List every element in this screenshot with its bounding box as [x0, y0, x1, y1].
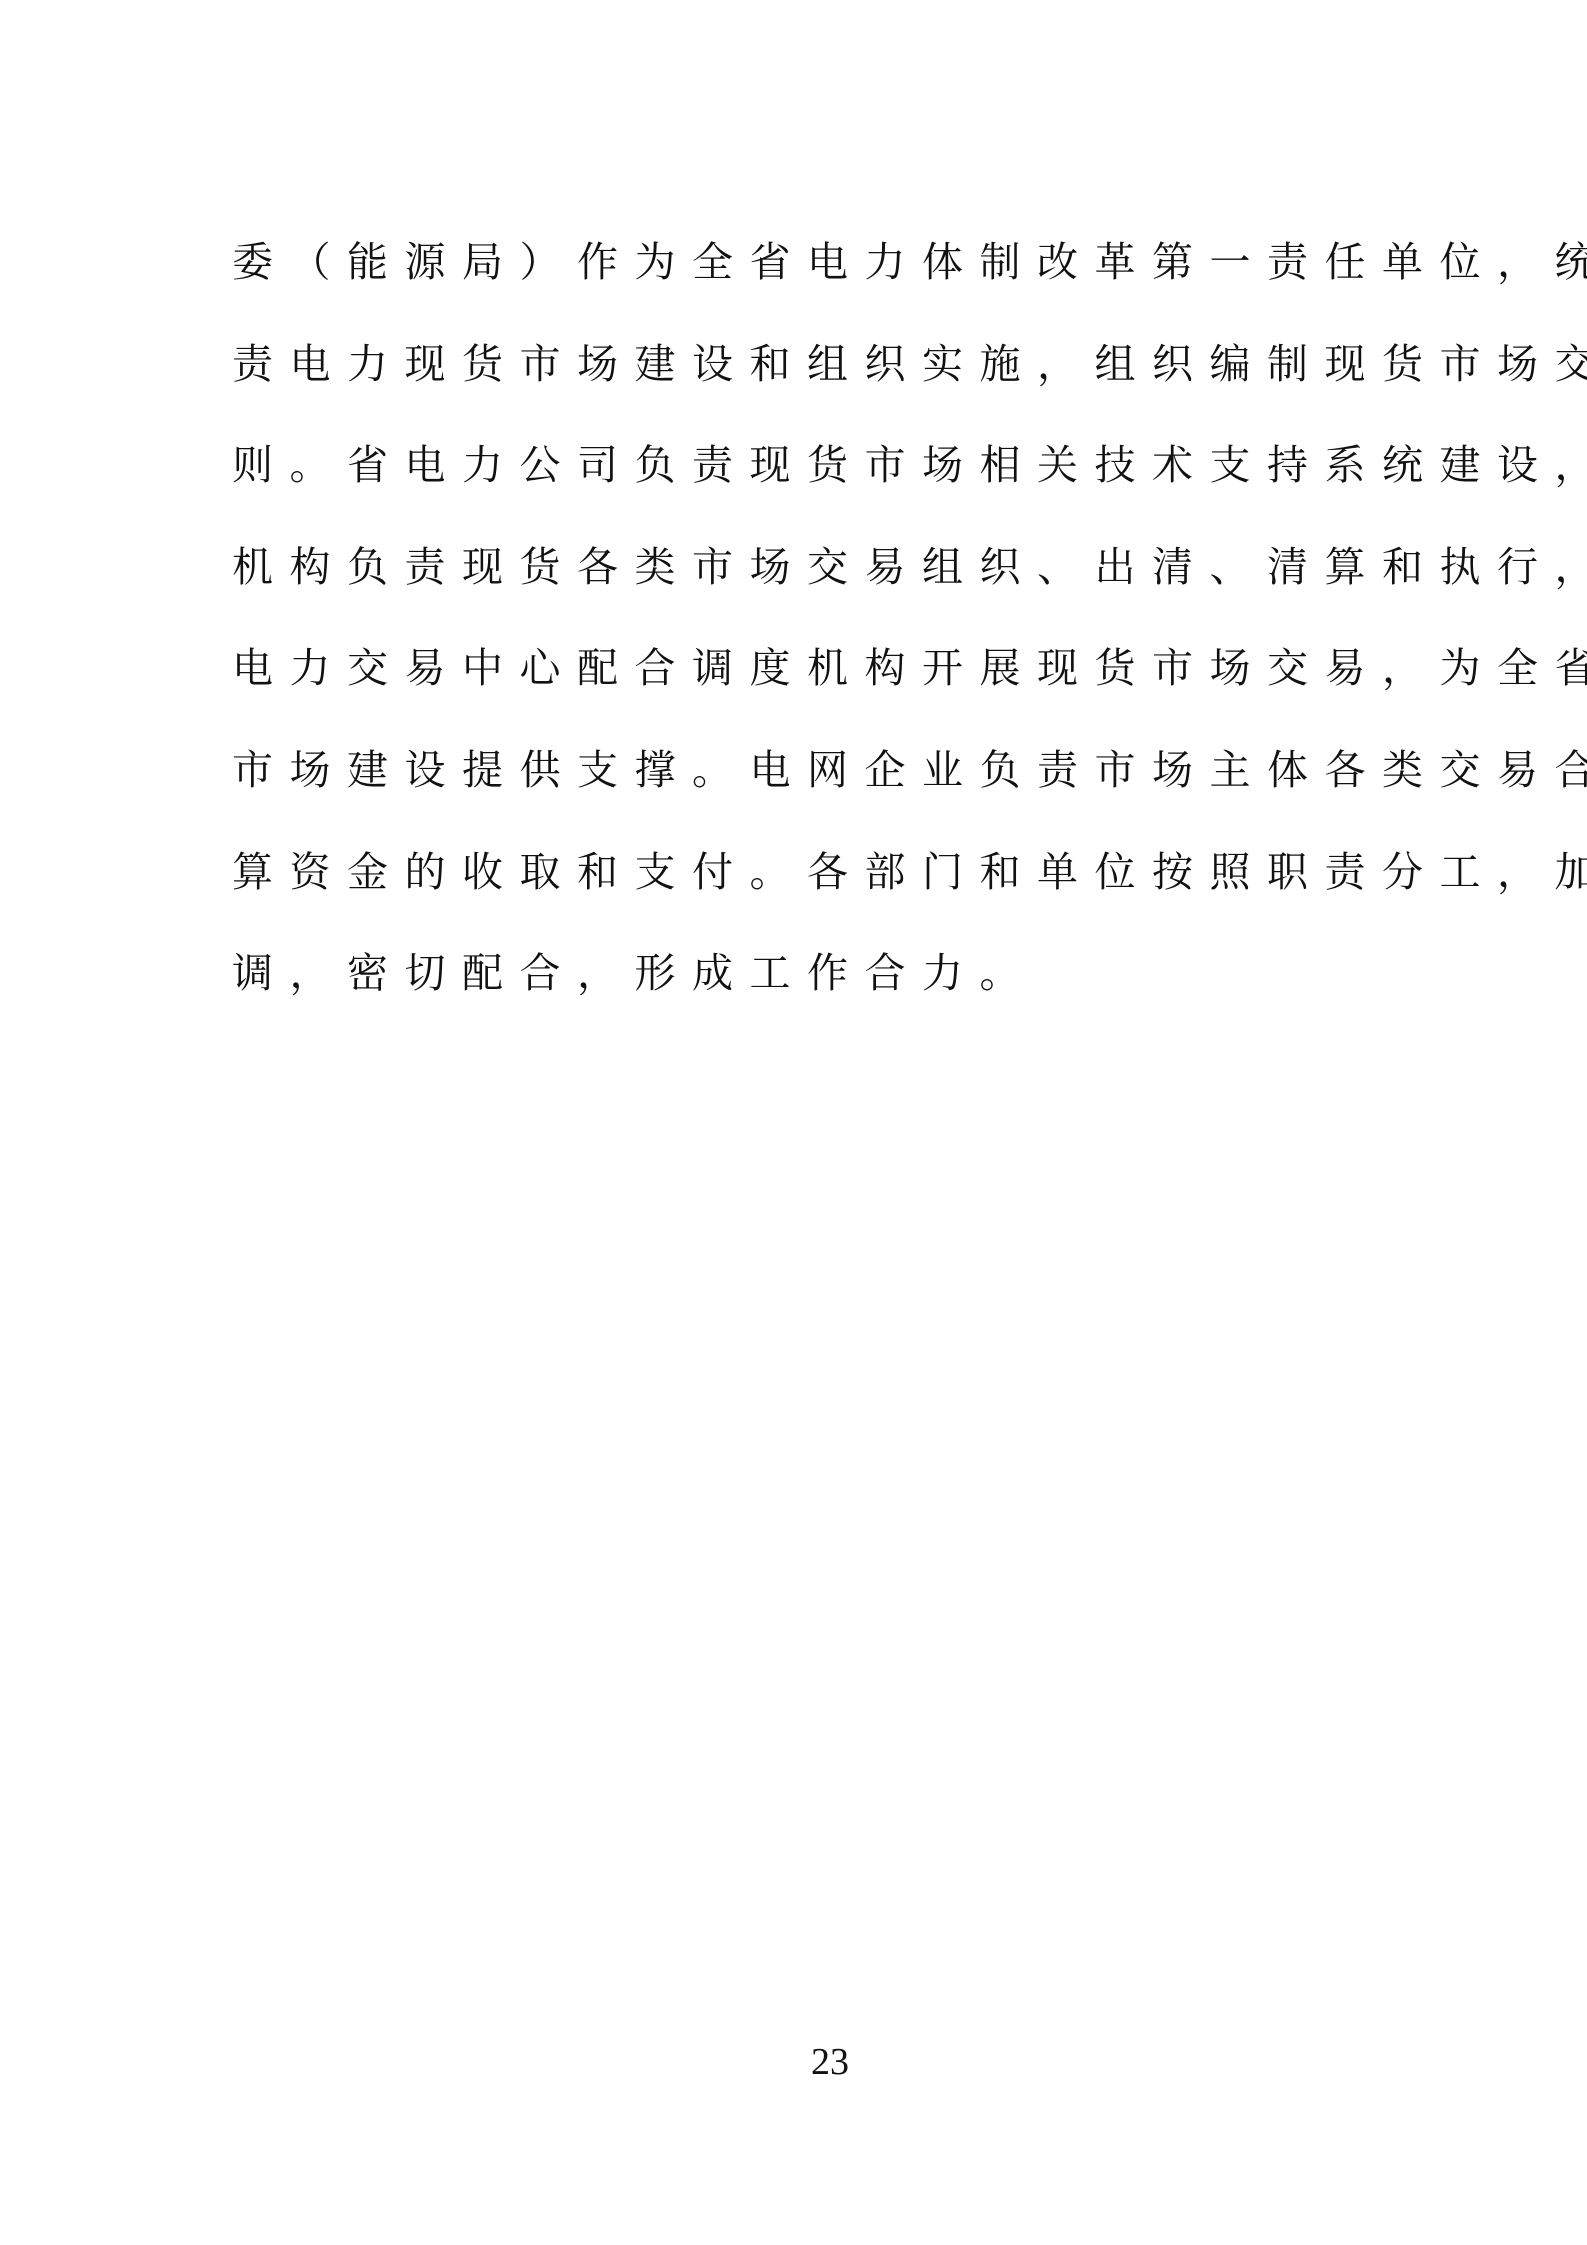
text-line: 则。省电力公司负责现货市场相关技术支持系统建设，调度	[232, 415, 1292, 517]
body-paragraph: 委（能源局）作为全省电力体制改革第一责任单位，统筹负 责电力现货市场建设和组织实…	[232, 212, 1292, 1025]
text-line: 市场建设提供支撑。电网企业负责市场主体各类交易合同结	[232, 720, 1292, 822]
text-line: 算资金的收取和支付。各部门和单位按照职责分工，加强协	[232, 822, 1292, 924]
text-line: 委（能源局）作为全省电力体制改革第一责任单位，统筹负	[232, 212, 1292, 314]
text-line: 调，密切配合，形成工作合力。	[232, 923, 1292, 1025]
text-line: 电力交易中心配合调度机构开展现货市场交易，为全省电力	[232, 618, 1292, 720]
page-number: 23	[790, 2040, 870, 2084]
document-page: 委（能源局）作为全省电力体制改革第一责任单位，统筹负 责电力现货市场建设和组织实…	[0, 0, 1587, 2245]
text-line: 机构负责现货各类市场交易组织、出清、清算和执行，江苏	[232, 517, 1292, 619]
text-line: 责电力现货市场建设和组织实施，组织编制现货市场交易规	[232, 314, 1292, 416]
